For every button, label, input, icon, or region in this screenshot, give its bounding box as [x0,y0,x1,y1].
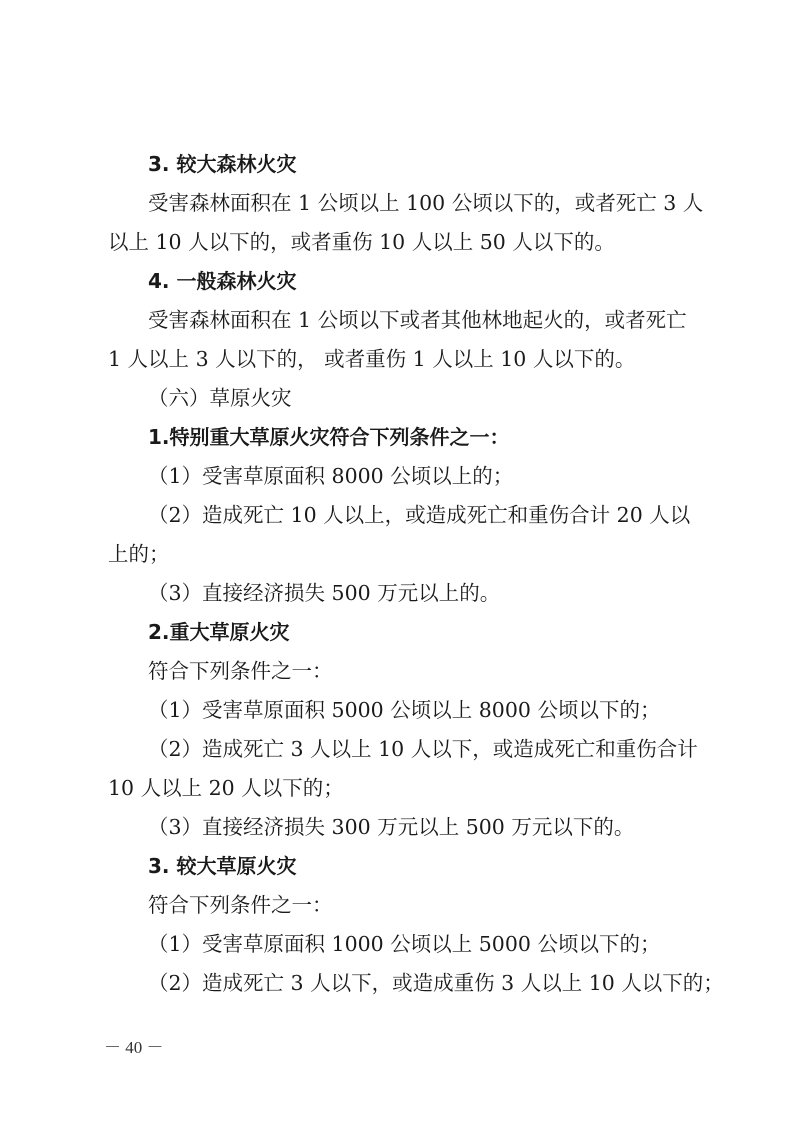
section-heading-grassland-fire: （六）草原火灾 [148,384,292,412]
paragraph-line: 10 人以上 20 人以下的； [108,774,344,802]
heading-major-grassland-fire: 2.重大草原火灾 [148,618,290,646]
list-item: （1）受害草原面积 1000 公顷以上 5000 公顷以下的； [148,930,660,958]
list-item: （1）受害草原面积 5000 公顷以上 8000 公顷以下的； [148,696,660,724]
paragraph-line: 以上 10 人以下的，或者重伤 10 人以上 50 人以下的。 [108,228,615,256]
paragraph-line: 上的； [108,540,170,568]
paragraph-line: 受害森林面积在 1 公顷以上 100 公顷以下的，或者死亡 3 人 [148,189,703,217]
page-number: － 40 － [104,1033,164,1058]
paragraph-line: 1 人以上 3 人以下的， 或者重伤 1 人以上 10 人以下的。 [108,345,635,373]
list-item: （1）受害草原面积 8000 公顷以上的； [148,462,513,490]
paragraph-line: 受害森林面积在 1 公顷以下或者其他林地起火的，或者死亡 [148,306,687,334]
list-item: （3）直接经济损失 300 万元以上 500 万元以下的。 [148,813,634,841]
paragraph-line: 符合下列条件之一： [148,657,333,685]
list-item: （3）直接经济损失 500 万元以上的。 [148,579,500,607]
heading-extra-major-grassland-fire: 1.特别重大草原火灾符合下列条件之一： [148,423,510,451]
list-item: （2）造成死亡 10 人以上，或造成死亡和重伤合计 20 人以 [148,501,690,529]
heading-general-forest-fire: 4. 一般森林火灾 [148,267,296,295]
paragraph-line: 符合下列条件之一： [148,891,333,919]
list-item: （2）造成死亡 3 人以上 10 人以下，或造成死亡和重伤合计 [148,735,698,763]
heading-larger-grassland-fire: 3. 较大草原火灾 [148,852,296,880]
heading-larger-forest-fire: 3. 较大森林火灾 [148,150,296,178]
list-item: （2）造成死亡 3 人以下，或造成重伤 3 人以上 10 人以下的； [148,969,724,997]
